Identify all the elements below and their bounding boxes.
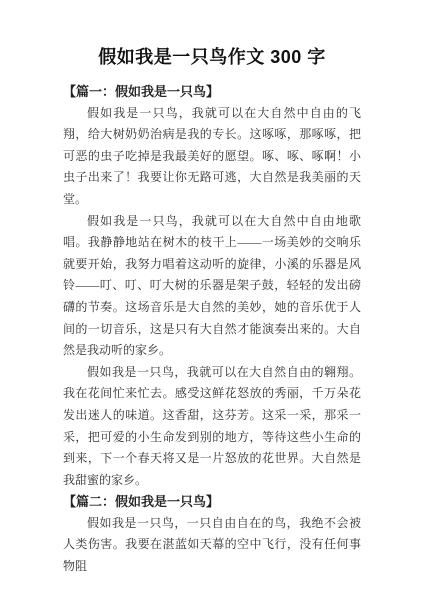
essay-section-1: 【篇一：假如我是一只鸟】 假如我是一只鸟，我就可以在大自然中自由的飞翔，给大树奶… [63, 81, 361, 491]
page-title: 假如我是一只鸟作文 300 字 [63, 44, 361, 70]
section-1-paragraph-2: 假如我是一只鸟，我就可以在大自然中自由地歌唱。我静静地站在树木的枝干上——一场美… [63, 211, 361, 362]
section-1-heading: 【篇一：假如我是一只鸟】 [63, 81, 361, 103]
section-1-paragraph-1: 假如我是一只鸟，我就可以在大自然中自由的飞翔，给大树奶奶治病是我的专长。这啄啄，… [63, 103, 361, 211]
section-1-paragraph-3: 假如我是一只鸟，我就可以在大自然自由的翱翔。我在花间忙来忙去。感受这鲜花怒放的秀… [63, 362, 361, 492]
essay-section-2: 【篇二：假如我是一只鸟】 假如我是一只鸟，一只自由自在的鸟，我绝不会被人类伤害。… [63, 491, 361, 577]
essay-document-page: 假如我是一只鸟作文 300 字 【篇一：假如我是一只鸟】 假如我是一只鸟，我就可… [0, 0, 424, 600]
section-2-heading: 【篇二：假如我是一只鸟】 [63, 491, 361, 513]
section-2-paragraph-1: 假如我是一只鸟，一只自由自在的鸟，我绝不会被人类伤害。我要在湛蓝如天幕的空中飞行… [63, 513, 361, 578]
